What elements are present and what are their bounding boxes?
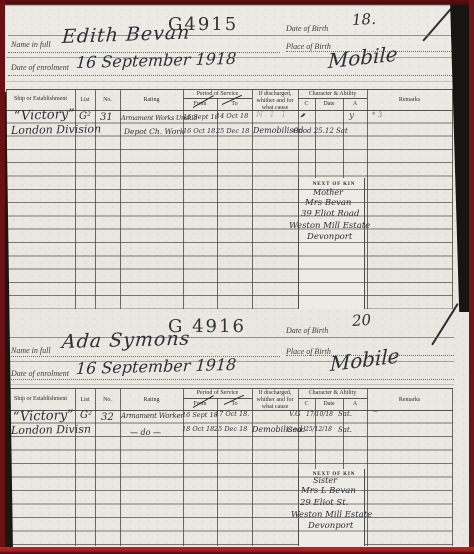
name-value: Edith Bevan — [61, 21, 191, 48]
nok-address-line: Weston Mill Estate — [289, 221, 370, 231]
table-border — [298, 98, 367, 99]
nok-name: Mrs Bevan — [305, 198, 351, 208]
col-header-character: Character & Ability — [298, 390, 367, 397]
grid-vline — [252, 89, 253, 309]
list-cell: G² — [79, 111, 91, 122]
col-header-date: Date — [315, 401, 343, 408]
col-header-list: List — [75, 97, 95, 104]
character-cell: Good 25.12 Sat — [293, 127, 348, 135]
col-header-rating: Rating — [120, 97, 183, 104]
c-cell: Good — [287, 426, 306, 434]
ship-cell: London Division — [11, 122, 101, 137]
scan-border-left — [0, 0, 5, 554]
ink-mark: ~ — [372, 407, 379, 416]
ship-cell: London Divisn — [11, 423, 91, 437]
from-cell: 16 Sept 18 — [183, 113, 219, 121]
col-header-ship: Ship or Establishment — [6, 96, 75, 103]
date-of-birth-label: Date of Birth — [286, 24, 328, 33]
next-of-kin-label: NEXT OF KIN — [313, 181, 356, 186]
grid-vline — [75, 388, 76, 546]
grid-vline — [95, 388, 96, 546]
a-cell: Sat. — [338, 426, 352, 434]
ruled-line — [6, 384, 454, 385]
nok-address-line: 39 Eliot Road — [301, 209, 359, 219]
nok-address-line: Devonport — [307, 232, 352, 242]
table-border — [298, 398, 367, 399]
col-header-c: C — [298, 401, 315, 408]
scan-border-right — [469, 0, 474, 554]
scan-border-top — [0, 0, 474, 6]
date-of-birth-value: 20 — [351, 311, 371, 330]
service-table: Ship or Establishment List No. Rating Pe… — [6, 89, 453, 309]
date-cell: 25/12/18 — [305, 426, 332, 433]
no-cell: 32 — [101, 412, 114, 423]
col-header-remarks: Remarks — [367, 97, 452, 104]
enrolment-label: Date of enrolment — [11, 63, 69, 72]
rating-cell: Armament Worker — [121, 412, 184, 420]
col-header-no: No. — [95, 397, 120, 404]
place-of-birth-label: Place of Birth — [286, 42, 331, 51]
rating-cell: — do — — [130, 428, 161, 437]
col-header-list: List — [75, 397, 95, 404]
rating-cell: Depot Ch. Work — [124, 127, 184, 136]
col-header-a: A — [343, 401, 367, 408]
grid-vline — [452, 388, 453, 546]
next-of-kin-box: NEXT OF KIN Sister Mrs L Bevan 29 Eliot … — [298, 469, 365, 546]
to-cell: 25 Dec 18 — [216, 127, 249, 135]
no-cell: 31 — [100, 112, 113, 123]
date-of-birth-label: Date of Birth — [286, 326, 328, 335]
col-header-discharged: If discharged, whither and for what caus… — [254, 91, 296, 112]
list-cell: G² — [80, 410, 92, 421]
table-border — [6, 89, 453, 90]
to-cell: 25 Dec 18 — [214, 425, 247, 433]
nok-address-line: Devonport — [308, 521, 353, 531]
remarks-cell: * 3 — [372, 111, 382, 119]
grid-vline — [252, 388, 253, 546]
grid-vline — [217, 398, 218, 546]
enrolment-label: Date of enrolment — [11, 369, 69, 378]
service-table: Ship or Establishment List No. Rating Pe… — [6, 388, 453, 546]
scanned-service-record-page: G4915 Date of Birth 18. Name in full Edi… — [0, 0, 474, 554]
grid-vline — [343, 98, 344, 178]
nok-address-line: 29 Eliot St. — [300, 498, 348, 508]
scan-border-bottom — [0, 547, 474, 554]
ruled-line — [8, 379, 454, 380]
nok-address-line: Weston Mill Estate — [291, 510, 372, 520]
discharged-cell-faint: N 1 1 — [256, 110, 288, 119]
grid-vline — [315, 398, 316, 469]
date-of-birth-value: 18. — [352, 10, 377, 29]
ruled-line — [8, 75, 454, 76]
a-cell: Sat. — [338, 410, 352, 418]
ink-mark: y — [349, 111, 354, 121]
table-border — [6, 388, 453, 389]
c-cell: V.G — [289, 410, 301, 418]
col-header-date: Date — [315, 101, 343, 108]
col-header-rating: Rating — [120, 397, 183, 404]
from-cell: 16 Oct 18 — [183, 127, 215, 135]
col-header-ship: Ship or Establishment — [6, 396, 75, 403]
grid-vline — [183, 89, 184, 309]
col-header-discharged: If discharged, whither and for what caus… — [254, 390, 296, 411]
ship-cell: “Victory” — [14, 107, 75, 124]
table-row-lines — [6, 110, 453, 309]
grid-vline — [367, 89, 368, 309]
nok-relation: Mother — [313, 188, 343, 197]
grid-vline — [452, 89, 453, 309]
name-label: Name in full — [11, 346, 51, 355]
date-cell: 17/10/18 — [306, 411, 333, 418]
from-cell: 16 Sept 18 — [182, 411, 218, 419]
grid-vline — [315, 98, 316, 178]
next-of-kin-box: NEXT OF KIN Mother Mrs Bevan 39 Eliot Ro… — [298, 178, 365, 309]
col-header-a: A — [343, 101, 367, 108]
grid-vline — [120, 89, 121, 309]
to-cell: 14 Oct 18 — [216, 112, 248, 120]
col-header-remarks: Remarks — [367, 397, 452, 404]
from-cell: 18 Oct 18 — [182, 425, 214, 433]
nok-name: Mrs L Bevan — [301, 486, 356, 496]
col-header-no: No. — [95, 97, 120, 104]
col-header-to: To — [217, 401, 252, 408]
col-header-character: Character & Ability — [298, 91, 367, 98]
to-cell: 17 Oct 18. — [215, 410, 249, 418]
grid-vline — [367, 388, 368, 546]
ruled-line — [6, 81, 454, 82]
nok-relation: Sister — [313, 476, 337, 485]
name-value: Ada Symons — [61, 328, 191, 353]
name-label: Name in full — [11, 40, 51, 49]
